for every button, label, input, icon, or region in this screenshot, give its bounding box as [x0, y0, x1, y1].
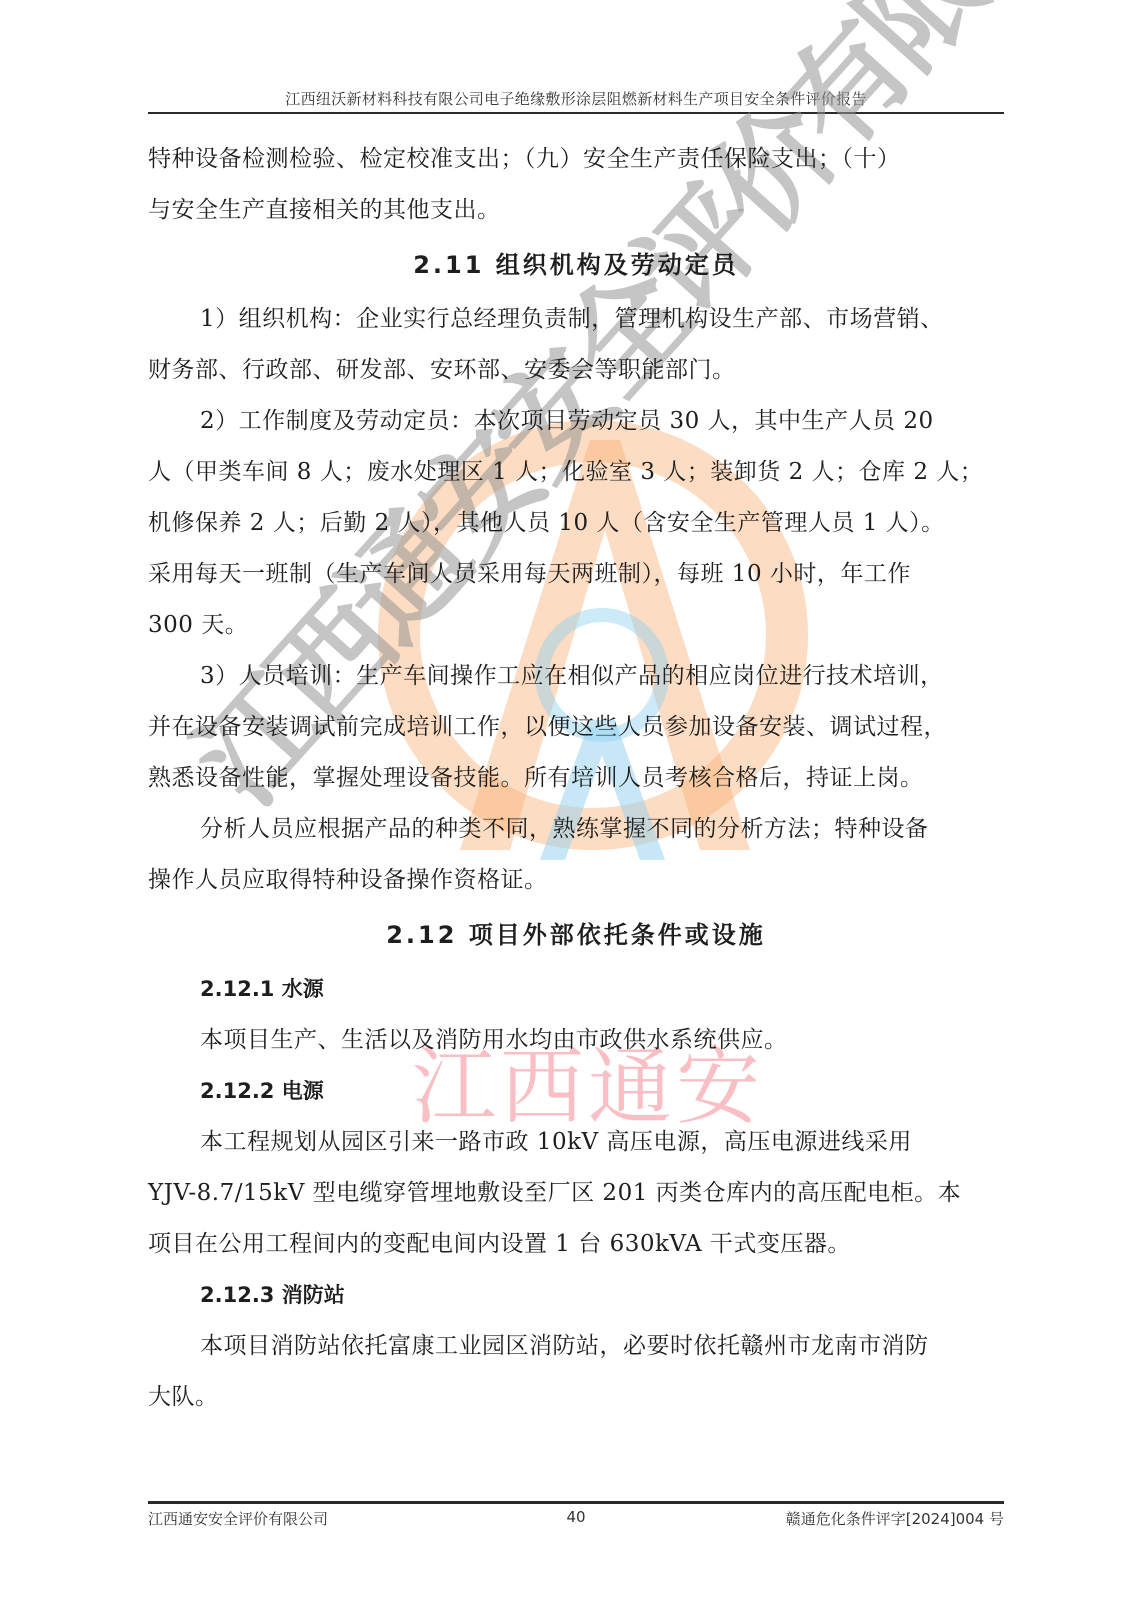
subsection-heading-fire: 2.12.3 消防站 [148, 1270, 1004, 1321]
footer-rule [148, 1501, 1004, 1504]
paragraph-line: 2）工作制度及劳动定员：本次项目劳动定员 30 人，其中生产人员 20 [148, 396, 1004, 447]
section-heading-2-12: 2.12 项目外部依托条件或设施 [148, 906, 1004, 964]
paragraph-line: 机修保养 2 人；后勤 2 人），其他人员 10 人（含安全生产管理人员 1 人… [148, 498, 1004, 549]
paragraph-line: 大队。 [148, 1372, 1004, 1423]
document-page: 江西纽沃新材料科技有限公司电子绝缘敷形涂层阻燃新材料生产项目安全条件评价报告 江… [0, 0, 1131, 1600]
section-heading-2-11: 2.11 组织机构及劳动定员 [148, 236, 1004, 294]
paragraph-line: 财务部、行政部、研发部、安环部、安委会等职能部门。 [148, 345, 1004, 396]
paragraph-line: 人（甲类车间 8 人；废水处理区 1 人；化验室 3 人；装卸货 2 人；仓库 … [148, 447, 1004, 498]
subsection-heading-water: 2.12.1 水源 [148, 964, 1004, 1015]
paragraph-line: 本工程规划从园区引来一路市政 10kV 高压电源，高压电源进线采用 [148, 1117, 1004, 1168]
paragraph-line: 操作人员应取得特种设备操作资格证。 [148, 855, 1004, 906]
paragraph-line: 本项目消防站依托富康工业园区消防站，必要时依托赣州市龙南市消防 [148, 1321, 1004, 1372]
page-content: 特种设备检测检验、检定校准支出；（九）安全生产责任保险支出；（十） 与安全生产直… [148, 134, 1004, 1423]
paragraph-line: 与安全生产直接相关的其他支出。 [148, 185, 1004, 236]
paragraph-line: 1）组织机构：企业实行总经理负责制，管理机构设生产部、市场营销、 [148, 294, 1004, 345]
page-footer: 江西通安安全评价有限公司 40 赣通危化条件评字[2024]004 号 [148, 1508, 1004, 1532]
paragraph-line: 3）人员培训：生产车间操作工应在相似产品的相应岗位进行技术培训， [148, 651, 1004, 702]
paragraph-line: 采用每天一班制（生产车间人员采用每天两班制），每班 10 小时，年工作 [148, 549, 1004, 600]
paragraph-line: 300 天。 [148, 600, 1004, 651]
subsection-heading-power: 2.12.2 电源 [148, 1066, 1004, 1117]
paragraph-line: 项目在公用工程间内的变配电间内设置 1 台 630kVA 干式变压器。 [148, 1219, 1004, 1270]
paragraph-line: 分析人员应根据产品的种类不同，熟练掌握不同的分析方法；特种设备 [148, 804, 1004, 855]
paragraph-line: 熟悉设备性能，掌握处理设备技能。所有培训人员考核合格后，持证上岗。 [148, 753, 1004, 804]
paragraph-line: 并在设备安装调试前完成培训工作，以便这些人员参加设备安装、调试过程， [148, 702, 1004, 753]
footer-doc-number: 赣通危化条件评字[2024]004 号 [786, 1508, 1004, 1529]
paragraph-line: YJV-8.7/15kV 型电缆穿管埋地敷设至厂区 201 丙类仓库内的高压配电… [148, 1168, 1004, 1219]
paragraph-line: 特种设备检测检验、检定校准支出；（九）安全生产责任保险支出；（十） [148, 134, 1004, 185]
paragraph-line: 本项目生产、生活以及消防用水均由市政供水系统供应。 [148, 1015, 1004, 1066]
